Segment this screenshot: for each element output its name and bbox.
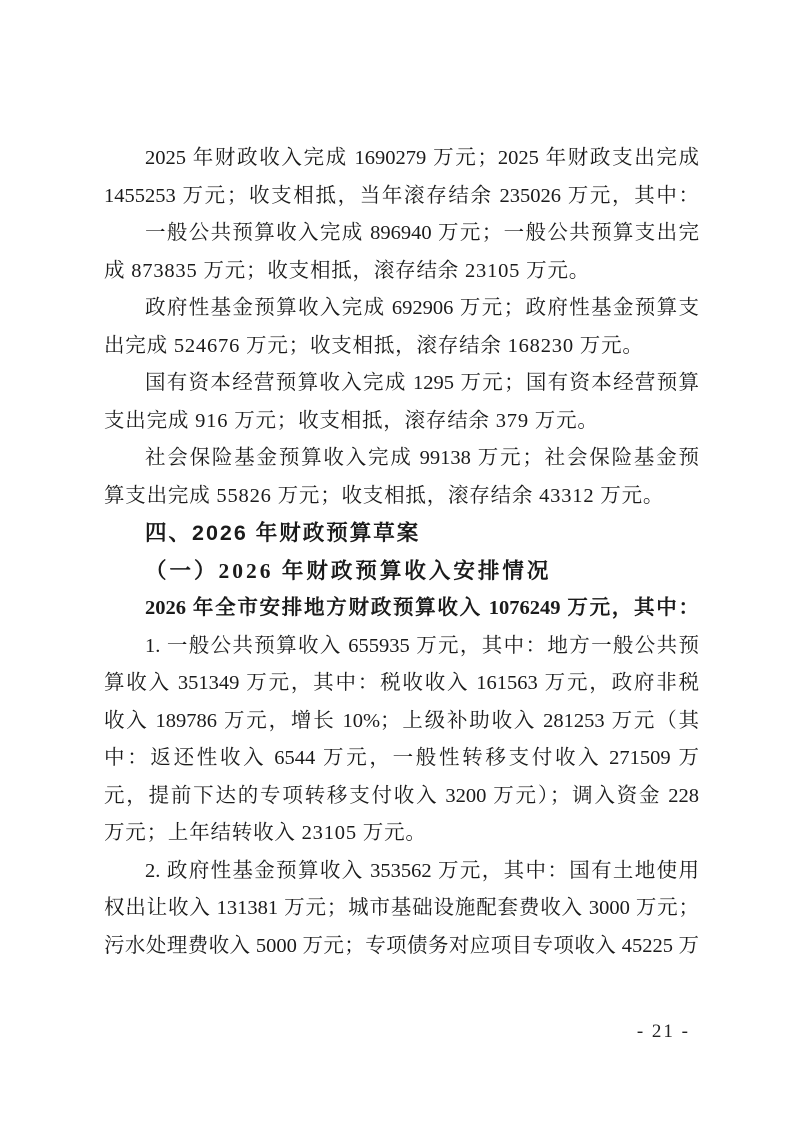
text-line: 一般公共预算收入完成 896940 万元；一般公共预算支出完 xyxy=(104,215,699,253)
document-body: 2025 年财政收入完成 1690279 万元；2025 年财政支出完成 145… xyxy=(104,140,699,965)
text-line: 2025 年财政收入完成 1690279 万元；2025 年财政支出完成 xyxy=(104,140,699,178)
heading-subsection-1: （一）2026 年财政预算收入安排情况 xyxy=(104,553,699,591)
budget-document-page: 2025 年财政收入完成 1690279 万元；2025 年财政支出完成 145… xyxy=(0,0,794,1122)
para-general-public-budget-2026: 1. 一般公共预算收入 655935 万元，其中：地方一般公共预 算收入 351… xyxy=(104,628,699,853)
section-heading: 四、2026 年财政预算草案 xyxy=(104,515,699,553)
text-line: 算收入 351349 万元，其中：税收收入 161563 万元，政府非税 xyxy=(104,665,699,703)
text-line: 成 873835 万元；收支相抵，滚存结余 23105 万元。 xyxy=(104,253,699,291)
text-line: 1. 一般公共预算收入 655935 万元，其中：地方一般公共预 xyxy=(104,628,699,666)
text-line: 污水处理费收入 5000 万元；专项债务对应项目专项收入 45225 万 xyxy=(104,928,699,966)
text-line: 元，提前下达的专项转移支付收入 3200 万元）；调入资金 228 xyxy=(104,778,699,816)
para-social-insurance-budget-2025: 社会保险基金预算收入完成 99138 万元；社会保险基金预 算支出完成 5582… xyxy=(104,440,699,515)
text-line: 支出完成 916 万元；收支相抵，滚存结余 379 万元。 xyxy=(104,403,699,441)
text-line: 出完成 524676 万元；收支相抵，滚存结余 168230 万元。 xyxy=(104,328,699,366)
text-line: 国有资本经营预算收入完成 1295 万元；国有资本经营预算 xyxy=(104,365,699,403)
text-line: 政府性基金预算收入完成 692906 万元；政府性基金预算支 xyxy=(104,290,699,328)
page-number: - 21 - xyxy=(637,1020,690,1044)
para-2025-fiscal-totals: 2025 年财政收入完成 1690279 万元；2025 年财政支出完成 145… xyxy=(104,140,699,215)
text-line: 万元；上年结转收入 23105 万元。 xyxy=(104,815,699,853)
heading-section-4: 四、2026 年财政预算草案 xyxy=(104,515,699,553)
text-line: 收入 189786 万元，增长 10%；上级补助收入 281253 万元（其 xyxy=(104,703,699,741)
text-line: 2. 政府性基金预算收入 353562 万元，其中：国有土地使用 xyxy=(104,853,699,891)
text-line: 社会保险基金预算收入完成 99138 万元；社会保险基金预 xyxy=(104,440,699,478)
text-line: 权出让收入 131381 万元；城市基础设施配套费收入 3000 万元； xyxy=(104,890,699,928)
para-state-capital-budget-2025: 国有资本经营预算收入完成 1295 万元；国有资本经营预算 支出完成 916 万… xyxy=(104,365,699,440)
para-govt-fund-budget-2025: 政府性基金预算收入完成 692906 万元；政府性基金预算支 出完成 52467… xyxy=(104,290,699,365)
text-line: 1455253 万元；收支相抵，当年滚存结余 235026 万元，其中： xyxy=(104,178,699,216)
text-line: 2026 年全市安排地方财政预算收入 1076249 万元，其中： xyxy=(104,590,699,628)
text-line: 中：返还性收入 6544 万元，一般性转移支付收入 271509 万 xyxy=(104,740,699,778)
para-general-public-budget-2025: 一般公共预算收入完成 896940 万元；一般公共预算支出完 成 873835 … xyxy=(104,215,699,290)
subsection-heading: （一）2026 年财政预算收入安排情况 xyxy=(104,553,699,591)
para-govt-fund-budget-2026: 2. 政府性基金预算收入 353562 万元，其中：国有土地使用 权出让收入 1… xyxy=(104,853,699,966)
para-2026-revenue-total: 2026 年全市安排地方财政预算收入 1076249 万元，其中： xyxy=(104,590,699,628)
text-line: 算支出完成 55826 万元；收支相抵，滚存结余 43312 万元。 xyxy=(104,478,699,516)
